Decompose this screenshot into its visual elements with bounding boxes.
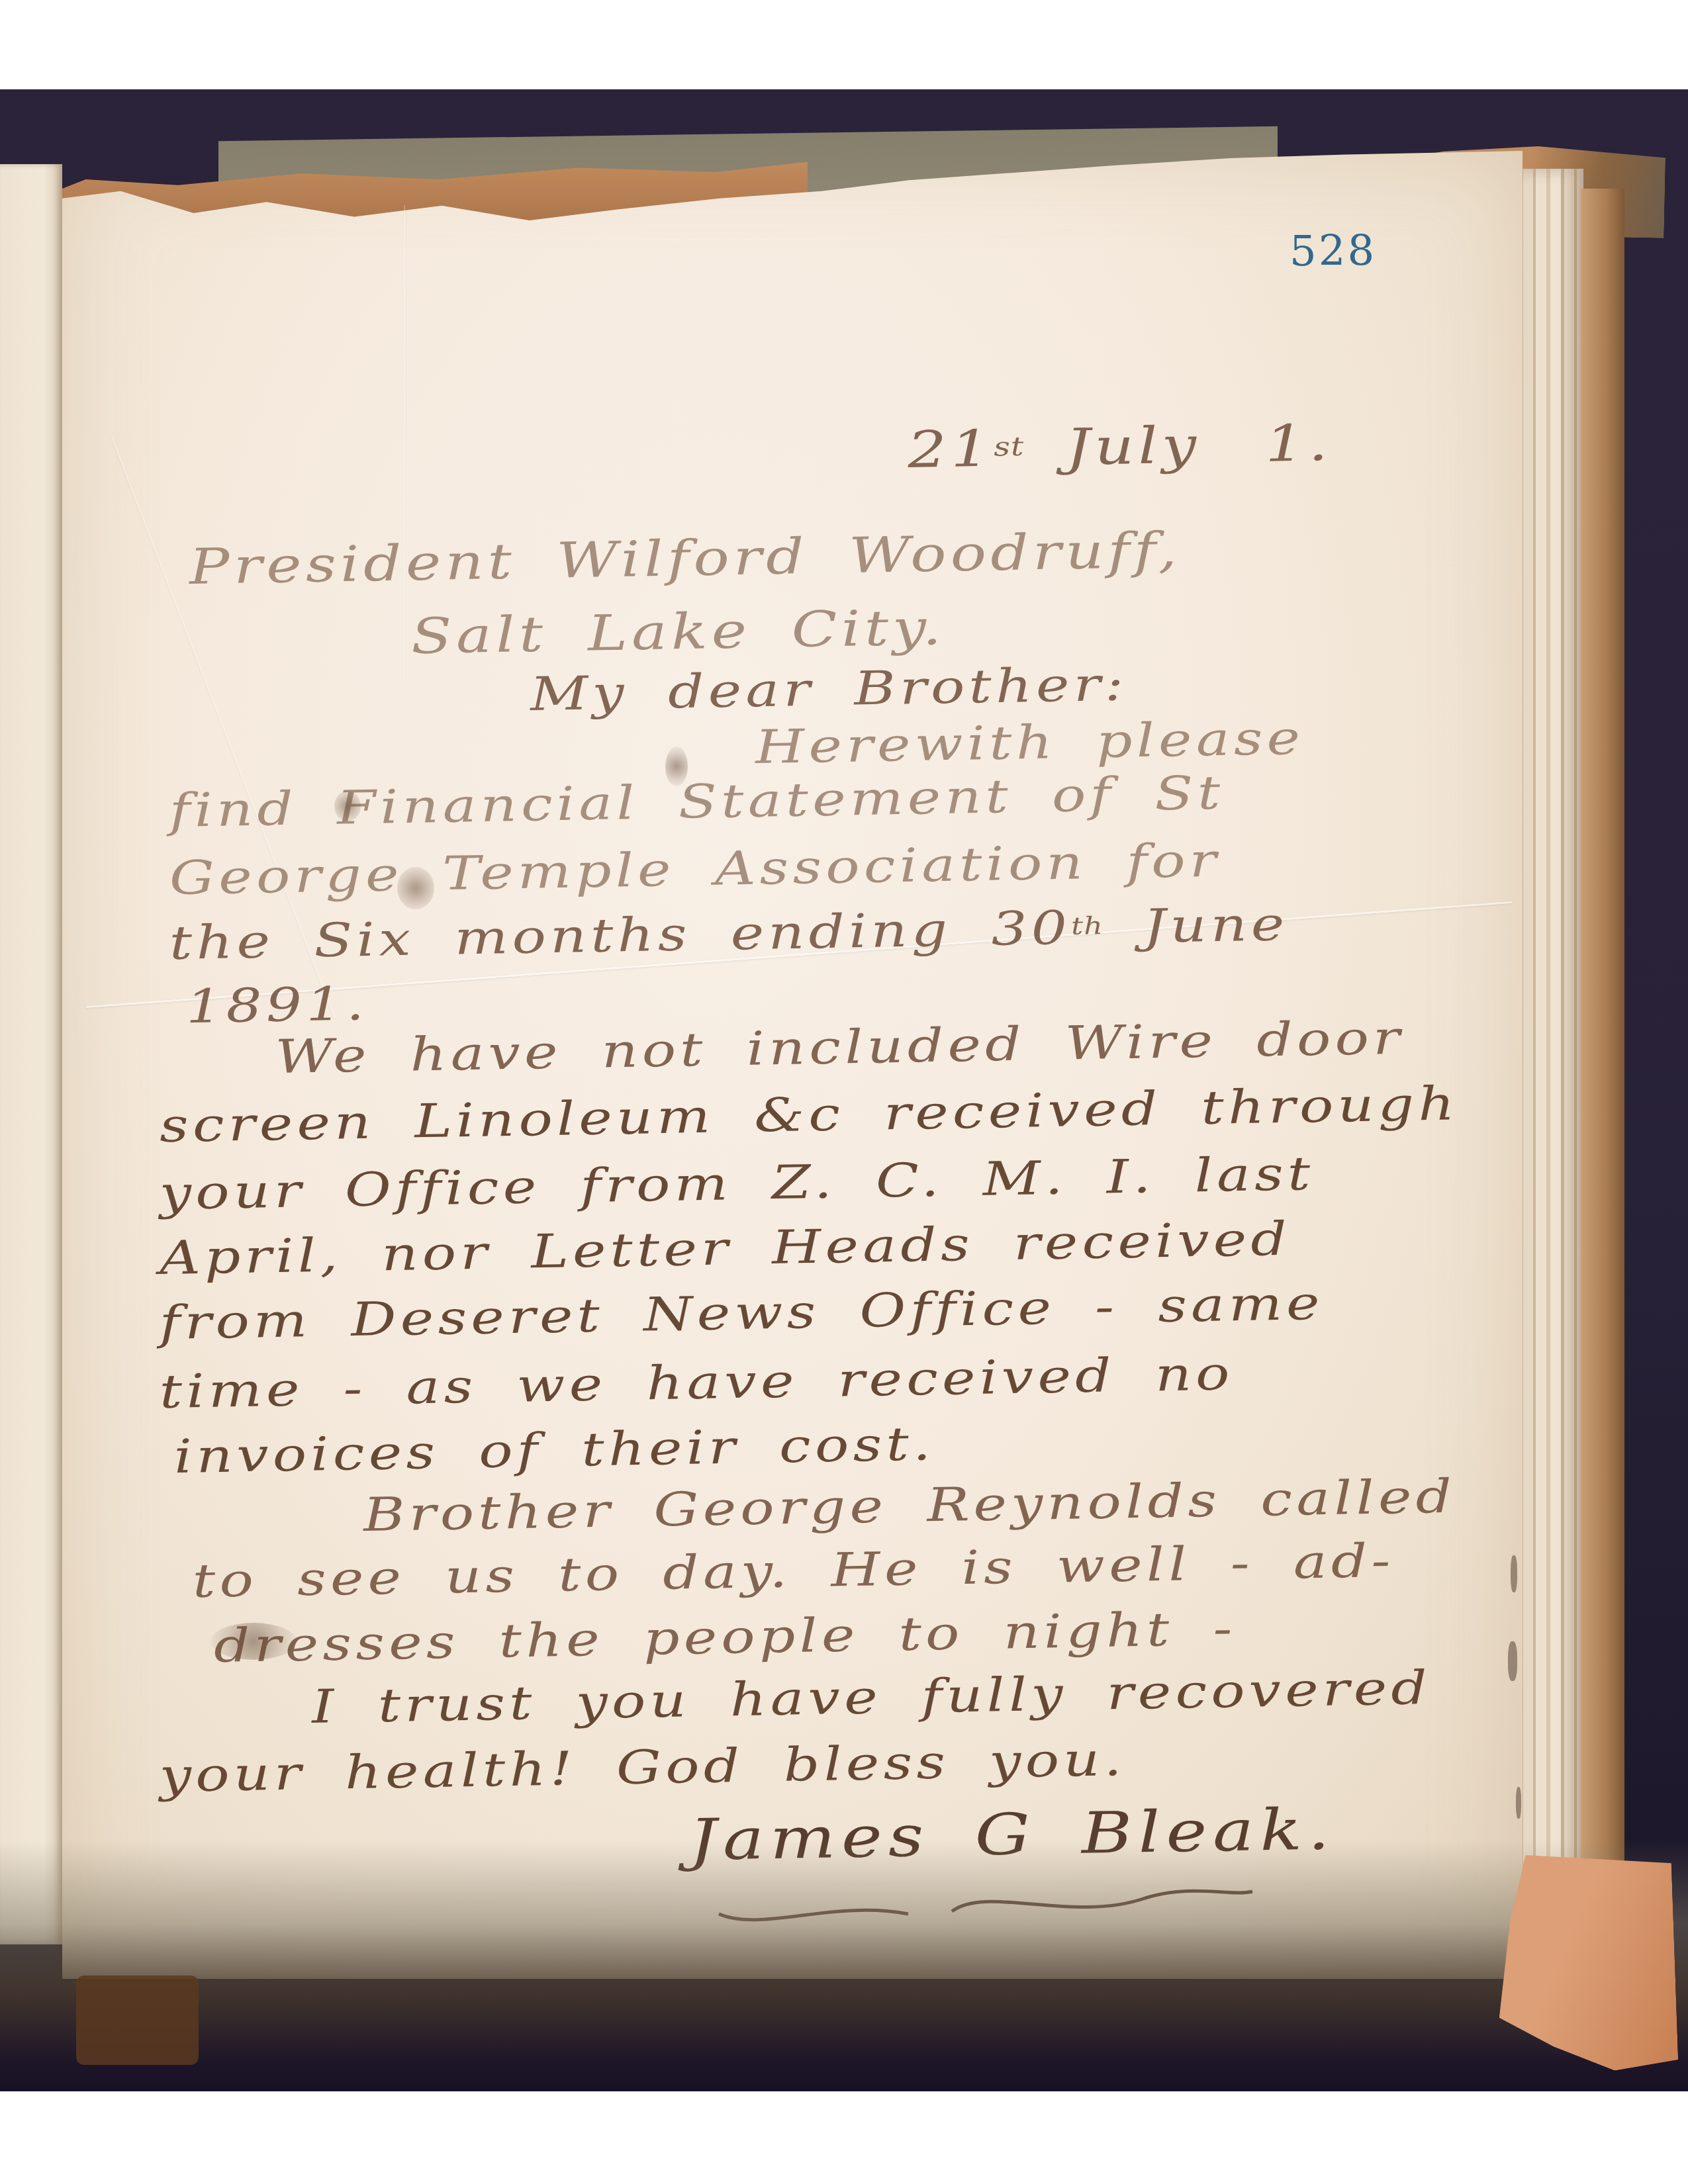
- paper-crease: [404, 205, 405, 682]
- page-number: 528: [1289, 230, 1376, 273]
- ordinal-suffix: th: [1071, 911, 1104, 940]
- date-month: July: [1024, 415, 1201, 477]
- letter-line: 1891.: [185, 980, 369, 1030]
- letter-date: 21st July1.: [907, 418, 1333, 475]
- book-cover-edge-right: [1581, 189, 1624, 1909]
- line-text: June: [1103, 897, 1289, 954]
- book-cover-corner-bottom-left: [76, 1976, 199, 2065]
- previous-page-edge: [0, 164, 62, 1944]
- letter-salutation: My dear Brother:: [530, 661, 1128, 717]
- letter-line: Herewith please: [755, 715, 1305, 770]
- letter-line: invoices of their cost.: [173, 1420, 935, 1480]
- date-day-suffix: st: [994, 432, 1025, 463]
- stack-ink-fragment: [1516, 1787, 1521, 1819]
- photo-bottom-shadow: [0, 1840, 1688, 2085]
- date-day: 21: [907, 419, 994, 479]
- scanned-letter-photo: 528 21st July1. President Wilford Woodru…: [0, 0, 1688, 2184]
- date-trailing-mark: 1.: [1199, 413, 1332, 474]
- letter-recipient-city: Salt Lake City.: [410, 603, 946, 661]
- stack-ink-fragment: [1511, 1555, 1517, 1592]
- stack-ink-fragment: [1508, 1641, 1517, 1681]
